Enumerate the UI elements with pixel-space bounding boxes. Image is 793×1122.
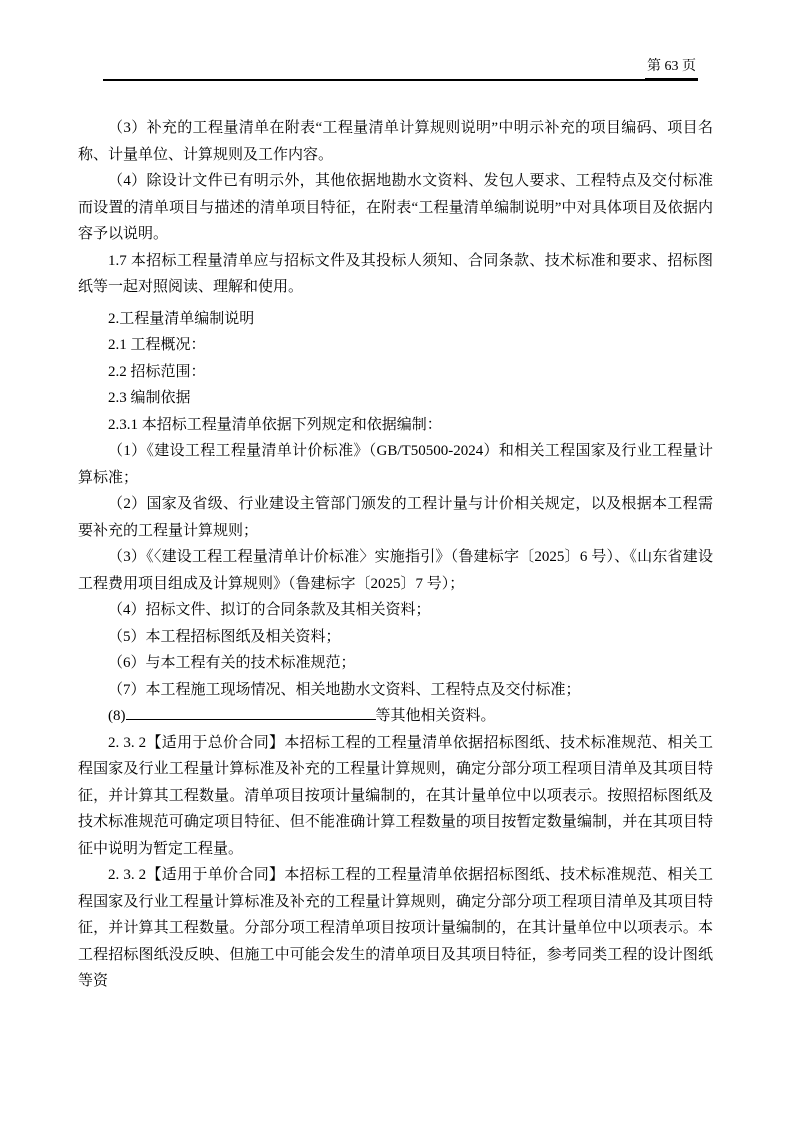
page-number: 第 63 页 <box>645 58 698 80</box>
heading-section-2: 2.工程量清单编制说明 <box>78 306 713 333</box>
basis-item-6: （6）与本工程有关的技术标准规范； <box>78 650 713 677</box>
basis-item-1: （1）《建设工程工程量清单计价标准》（GB/T50500-2024）和相关工程国… <box>78 438 713 491</box>
basis-item-8-prefix: (8) <box>108 708 126 724</box>
basis-item-4: （4）招标文件、拟订的合同条款及其相关资料； <box>78 597 713 624</box>
page-header: 第 63 页 <box>103 0 698 81</box>
basis-item-8: (8)等其他相关资料。 <box>78 703 713 730</box>
heading-2-1: 2.1 工程概况： <box>78 332 713 359</box>
para-item-4: （4）除设计文件已有明示外，其他依据地勘水文资料、发包人要求、工程特点及交付标准… <box>78 168 713 248</box>
basis-item-2: （2）国家及省级、行业建设主管部门颁发的工程计量与计价相关规定，以及根据本工程需… <box>78 491 713 544</box>
basis-item-3: （3）《〈建设工程工程量清单计价标准〉实施指引》（鲁建标字〔2025〕6 号）、… <box>78 544 713 597</box>
basis-item-5: （5）本工程招标图纸及相关资料； <box>78 624 713 651</box>
para-2-3-2-unit-price: 2. 3. 2【适用于单价合同】本招标工程的工程量清单依据招标图纸、技术标准规范… <box>78 862 713 995</box>
fill-in-blank-line <box>126 704 376 720</box>
para-1-7: 1.7 本招标工程量清单应与招标文件及其投标人须知、合同条款、技术标准和要求、招… <box>78 248 713 301</box>
para-2-3-1: 2.3.1 本招标工程量清单依据下列规定和依据编制： <box>78 412 713 439</box>
basis-item-7: （7）本工程施工现场情况、相关地勘水文资料、工程特点及交付标准； <box>78 677 713 704</box>
heading-2-3: 2.3 编制依据 <box>78 385 713 412</box>
heading-2-2: 2.2 招标范围： <box>78 359 713 386</box>
document-page: 第 63 页 （3）补充的工程量清单在附表“工程量清单计算规则说明”中明示补充的… <box>0 0 793 1122</box>
document-body: （3）补充的工程量清单在附表“工程量清单计算规则说明”中明示补充的项目编码、项目… <box>78 83 713 995</box>
basis-item-8-suffix: 等其他相关资料。 <box>376 708 496 724</box>
para-2-3-2-lump-sum: 2. 3. 2【适用于总价合同】本招标工程的工程量清单依据招标图纸、技术标准规范… <box>78 730 713 863</box>
para-item-3: （3）补充的工程量清单在附表“工程量清单计算规则说明”中明示补充的项目编码、项目… <box>78 115 713 168</box>
